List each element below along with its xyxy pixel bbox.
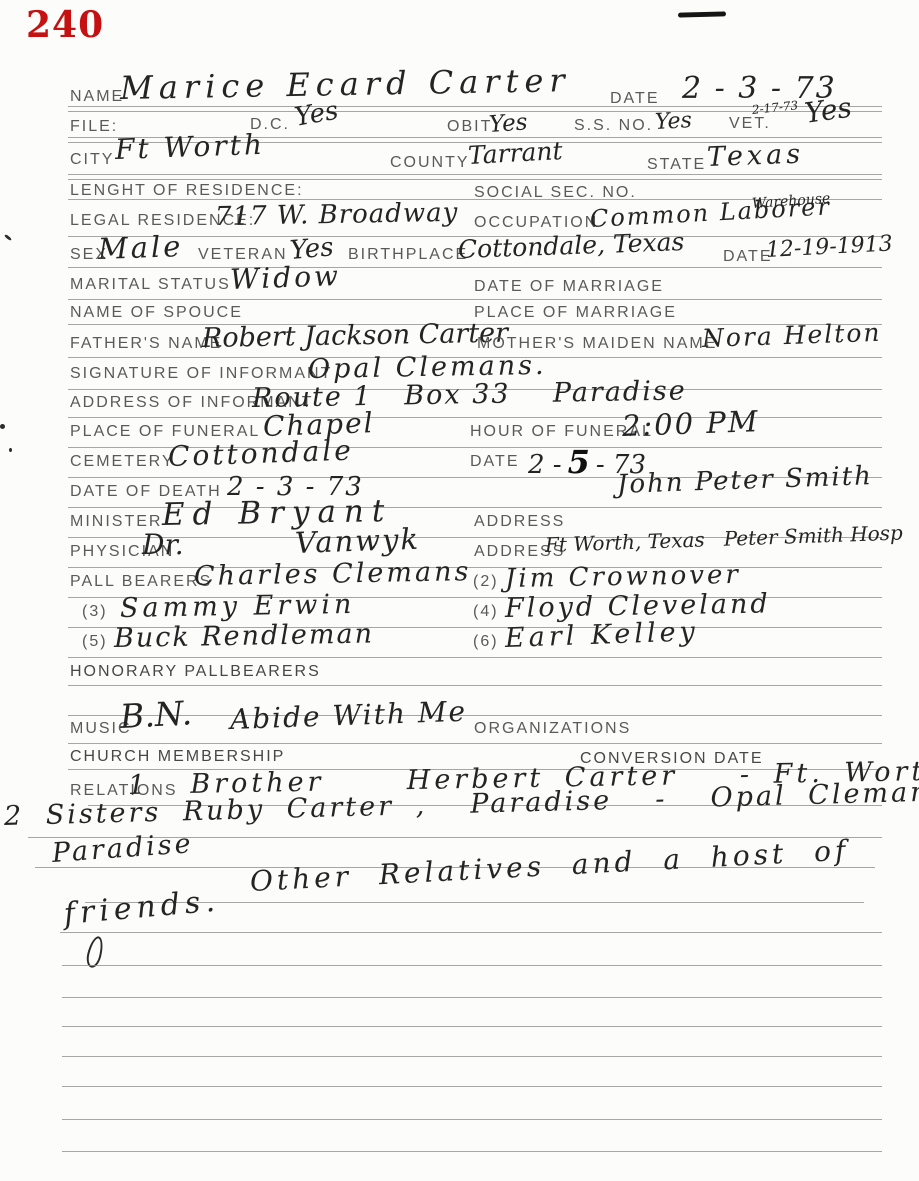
signature-of-informant-label: SIGNATURE OF INFORMANT: [70, 365, 332, 383]
state-label: STATE: [647, 156, 706, 174]
pall-bearer-3: Sammy Erwin: [120, 591, 356, 622]
dc-value: Yes: [293, 98, 340, 131]
rule-line: [62, 1086, 882, 1087]
pall-bearer-6: Earl Kelley: [505, 618, 700, 652]
date-of-marriage-label: DATE OF MARRIAGE: [474, 278, 664, 296]
organizations-label: ORGANIZATIONS: [474, 720, 631, 738]
relations-line3: Paradise: [51, 830, 194, 867]
pall-bearer-5-number: (5): [82, 633, 108, 651]
minister-address-label: ADDRESS: [474, 513, 565, 531]
relations-line4: Other Relatives and a host of: [249, 837, 850, 896]
record-date-label: DATE: [610, 90, 659, 108]
county-value: Tarrant: [467, 138, 563, 168]
birthplace-label: BIRTHPLACE: [348, 246, 468, 264]
rule-line: [60, 932, 882, 933]
rule-line: [68, 267, 882, 268]
state-value: Texas: [707, 141, 805, 171]
honorary-pallbearers-label: HONORARY PALLBEARERS: [70, 663, 321, 681]
pall-bearer-2: Jim Crownover: [505, 562, 741, 592]
fathers-name-label: FATHER'S NAME: [70, 335, 222, 353]
legal-residence-value: 717 W. Broadway: [215, 200, 459, 230]
pall-bearer-4: Floyd Cleveland: [505, 590, 771, 622]
city-label: CITY: [70, 151, 114, 169]
music-value: Abide With Me: [230, 698, 468, 734]
scan-artifact: [0, 424, 5, 429]
name-label: NAME: [70, 88, 124, 106]
vet-note: 2-17-73: [751, 99, 798, 116]
social-sec-no-label: SOCIAL SEC. NO.: [474, 184, 637, 202]
vet-value: Yes: [803, 94, 853, 128]
fathers-name-value: Robert Jackson Carter: [202, 320, 509, 352]
birth-date-value: 12-19-1913: [765, 233, 893, 262]
rule-line: [62, 965, 882, 966]
church-membership-label: CHURCH MEMBERSHIP: [70, 748, 285, 766]
county-label: COUNTY: [390, 154, 470, 172]
page-number: 240: [26, 4, 104, 46]
pall-bearer-2-number: (2): [473, 573, 499, 591]
funeral-date-label: DATE: [470, 453, 519, 471]
length-of-residence-label: LENGHT OF RESIDENCE:: [70, 182, 304, 200]
pen-dash-mark: [678, 11, 726, 17]
pall-bearer-1: Charles Clemans: [194, 558, 472, 590]
file-label: FILE:: [70, 118, 118, 136]
funeral-date-pre: 2 -: [528, 450, 562, 480]
music-initials: B.N.: [119, 696, 193, 733]
rule-line: [68, 179, 882, 180]
ss-no-value: Yes: [654, 110, 692, 134]
rule-line: [68, 417, 882, 418]
pall-bearer-4-number: (4): [473, 603, 499, 621]
rule-line: [68, 567, 882, 568]
physician-address-value: Ft Worth, Texas Peter Smith Hosp: [545, 523, 903, 555]
sex-value: Male: [97, 232, 183, 264]
rule-line: [62, 1026, 882, 1027]
ss-no-label: S.S. NO.: [574, 117, 653, 135]
mothers-maiden-name-value: Nora Helton: [702, 320, 882, 351]
pall-bearer-5: Buck Rendleman: [114, 620, 374, 652]
funeral-record-form: 240 NAME Marice Ecard Carter DATE 2 - 3 …: [0, 0, 919, 1181]
rule-line: [68, 685, 882, 686]
relations-line5: friends.: [63, 886, 221, 930]
scan-artifact: [4, 234, 12, 241]
hour-of-funeral-value: 2:00 PM: [621, 407, 759, 441]
physician-value: Dr.: [142, 531, 184, 559]
name-value: Marice Ecard Carter: [120, 64, 571, 104]
pall-bearers-label: PALL BEARERS: [70, 573, 212, 591]
name-of-spouse-label: NAME OF SPOUCE: [70, 304, 243, 322]
cemetery-value: Cottondale: [168, 437, 355, 471]
rule-line: [62, 1151, 882, 1152]
vet-label: VET.: [729, 115, 771, 133]
obit-value: Yes: [488, 111, 528, 137]
rule-line: [62, 1119, 882, 1120]
city-value: Ft Worth: [115, 131, 266, 164]
hospital-annotation: John Peter Smith: [617, 463, 874, 498]
rule-line: [62, 997, 882, 998]
physician-value2: Vanwyk: [294, 525, 420, 558]
obit-label: OBIT: [447, 118, 492, 136]
marital-status-value: Widow: [230, 262, 342, 294]
address-of-informant-value: Route 1 Box 33 Paradise: [252, 377, 687, 412]
funeral-date-mid: 5: [568, 443, 590, 481]
pall-bearer-3-number: (3): [82, 603, 108, 621]
rule-line: [68, 743, 882, 744]
marital-status-label: MARITAL STATUS: [70, 276, 231, 294]
pall-bearer-6-number: (6): [473, 633, 499, 651]
occupation-label: OCCUPATION: [474, 214, 598, 232]
scan-artifact: [9, 448, 12, 452]
cemetery-label: CEMETERY: [70, 453, 175, 471]
rule-line: [62, 1056, 882, 1057]
rule-line: [68, 299, 882, 300]
rule-line: [68, 174, 882, 175]
rule-line: [68, 657, 882, 658]
birthplace-value: Cottondale, Texas: [458, 229, 685, 262]
